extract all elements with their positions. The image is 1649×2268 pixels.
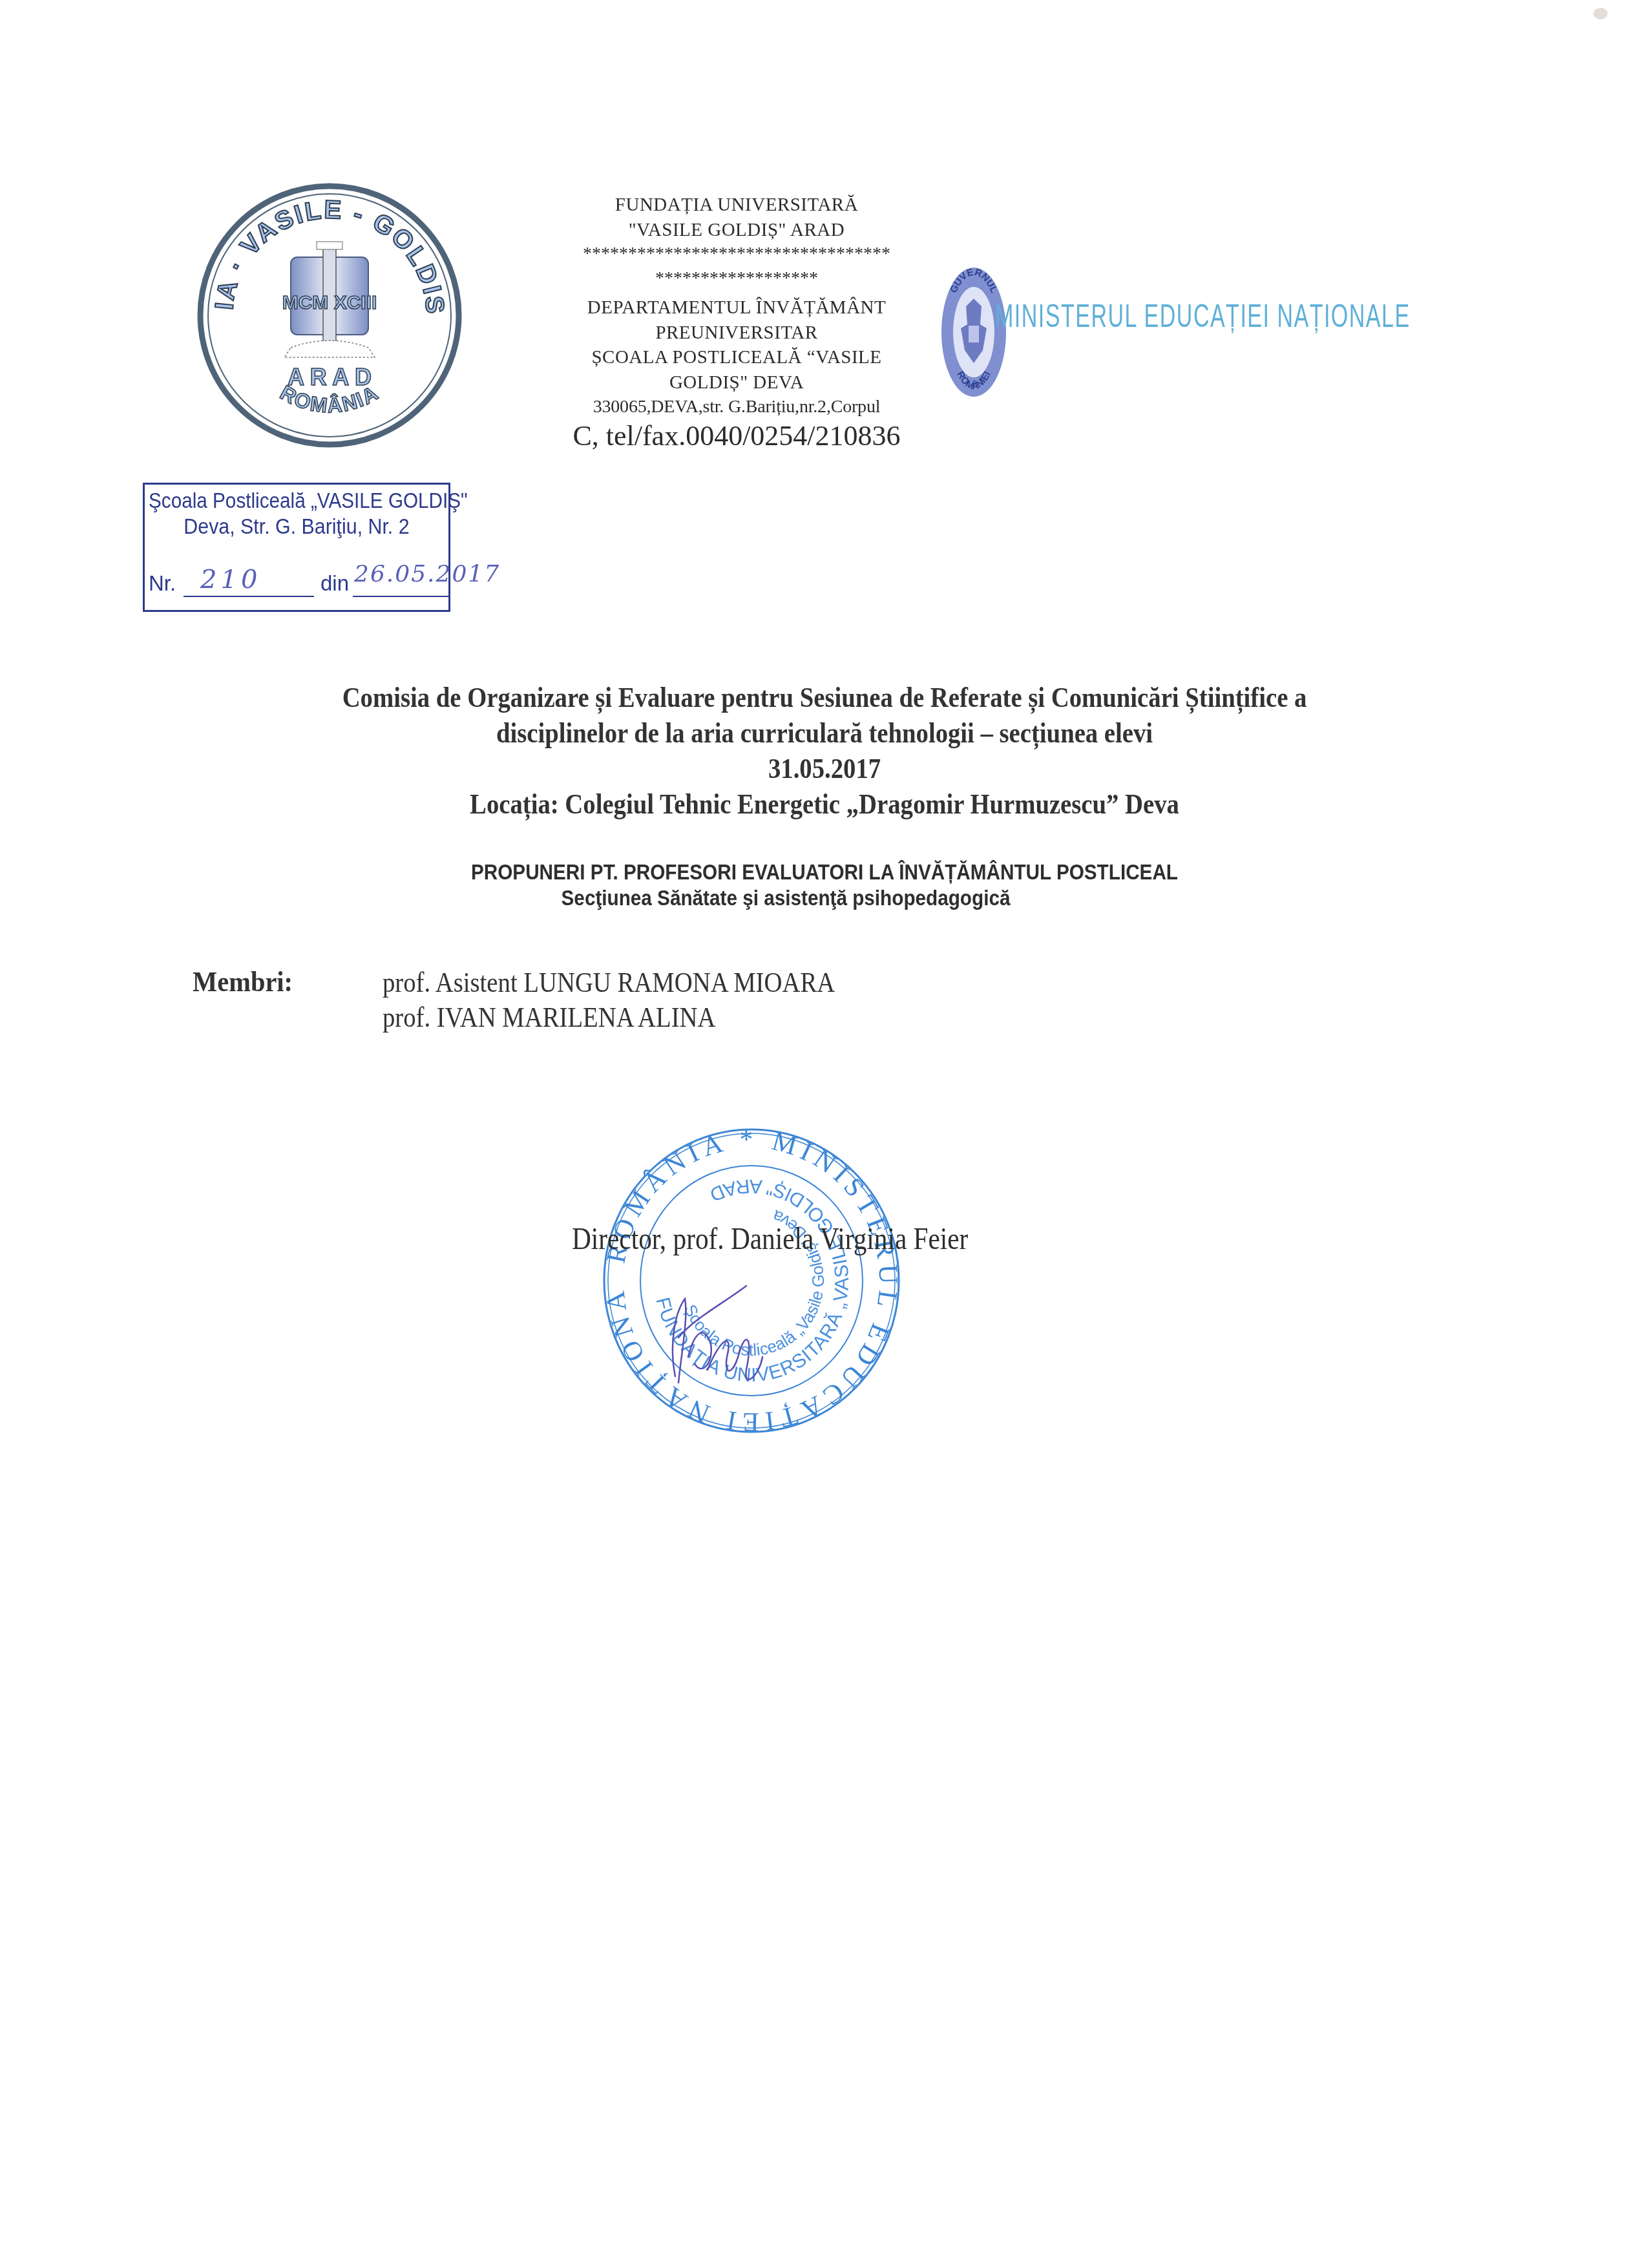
header-separator-short: ****************** — [556, 267, 918, 290]
registry-nr-underline — [184, 596, 314, 597]
registry-nr-value: 210 — [200, 565, 261, 594]
proposal-title: PROPUNERI PT. PROFESORI EVALUATORI LA ÎN… — [199, 859, 1451, 885]
registry-number-stamp: Şcoala Postliceală „VASILE GOLDIŞ" Deva,… — [143, 483, 450, 612]
title-line-commission: Comisia de Organizare și Evaluare pentru… — [227, 680, 1423, 715]
header-school: ȘCOALA POSTLICEALĂ “VASILE — [556, 345, 918, 370]
registry-din-label: din — [320, 571, 349, 596]
header-foundation-name: "VASILE GOLDIȘ" ARAD — [556, 218, 918, 243]
header-address: 330065,DEVA,str. G.Barițiu,nr.2,Corpul — [556, 395, 918, 420]
registry-date-value: 26.05.2017 — [354, 561, 500, 587]
registry-school-name: Şcoala Postliceală „VASILE GOLDIŞ" — [149, 488, 468, 513]
header-school-cont: GOLDIȘ" DEVA — [556, 370, 918, 395]
logo-year: MCM XCIII — [282, 292, 377, 313]
title-line-location: Locația: Colegiul Tehnic Energetic „Drag… — [227, 786, 1423, 822]
proposal-section: Secţiunea Sănătate şi asistenţă psihoped… — [125, 885, 1447, 911]
registry-address: Deva, Str. G. Bariţiu, Nr. 2 — [157, 514, 436, 539]
director-signature-line: Director, prof. Daniela Virginia Feier — [572, 1221, 968, 1257]
foundation-seal-icon: FUNDATIA · VASILE - GOLDIS · ARAD MCM XC… — [194, 180, 465, 451]
members-label: Membri: — [193, 965, 293, 998]
members-list: prof. Asistent LUNGU RAMONA MIOARA prof.… — [383, 965, 897, 1035]
title-line-date: 31.05.2017 — [227, 751, 1423, 786]
handwritten-signature-icon — [649, 1279, 817, 1389]
member-item: prof. IVAN MARILENA ALINA — [383, 1000, 835, 1035]
ministry-name: MINISTERUL EDUCAȚIEI NAȚIONALE — [995, 299, 1411, 335]
document-title: Comisia de Organizare și Evaluare pentru… — [129, 680, 1520, 822]
header-phone: C, tel/fax.0040/0254/210836 — [556, 420, 918, 452]
title-line-disciplines: disciplinelor de la aria curriculară teh… — [227, 715, 1423, 751]
header-separator: ********************************** — [556, 242, 918, 266]
header-foundation: FUNDAȚIA UNIVERSITARĂ — [556, 193, 918, 218]
registry-nr-label: Nr. — [149, 571, 176, 596]
scan-smudge-mark — [1591, 5, 1610, 22]
proposal-heading: PROPUNERI PT. PROFESORI EVALUATORI LA ÎN… — [129, 859, 1520, 911]
registry-date-underline — [353, 596, 448, 597]
header-department-cont: PREUNIVERSITAR — [556, 320, 918, 346]
member-item: prof. Asistent LUNGU RAMONA MIOARA — [383, 965, 835, 1000]
header-department: DEPARTAMENTUL ÎNVĂȚĂMÂNT — [556, 295, 918, 320]
logo-city: A R A D — [288, 364, 372, 390]
institution-header: FUNDAȚIA UNIVERSITARĂ "VASILE GOLDIȘ" AR… — [556, 193, 918, 452]
